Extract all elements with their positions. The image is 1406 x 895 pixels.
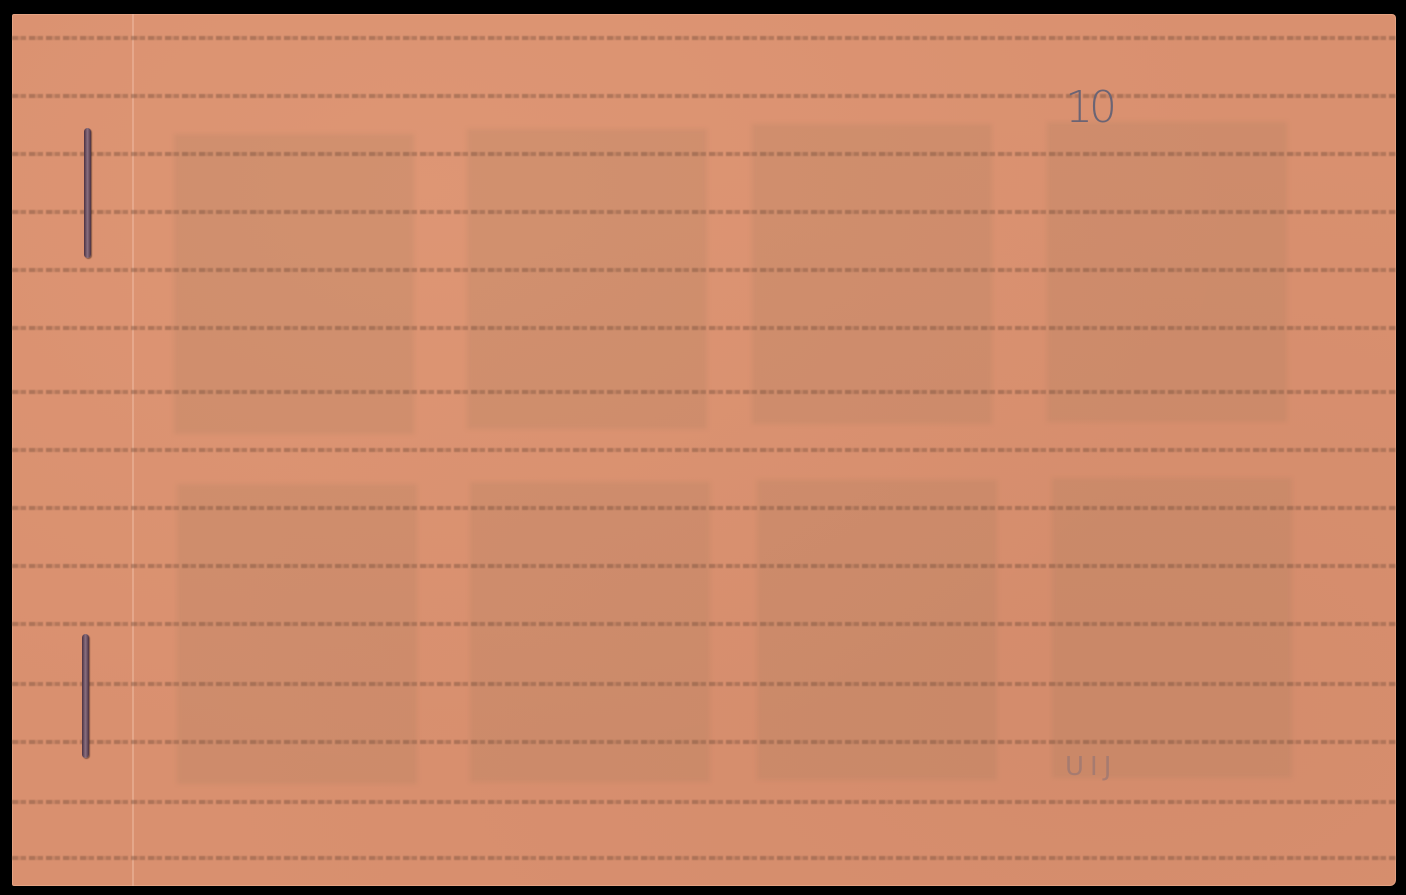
- staple-top: [84, 128, 91, 258]
- show-through-line: [12, 326, 1396, 330]
- stamp-shadow: [1047, 122, 1287, 422]
- pencil-marking: 10: [1065, 82, 1113, 133]
- stamp-shadow: [752, 124, 992, 424]
- stamp-shadow: [757, 480, 997, 780]
- show-through-line: [12, 740, 1396, 744]
- show-through-line: [12, 36, 1396, 40]
- staple-bottom: [82, 634, 89, 758]
- show-through-line: [12, 800, 1396, 804]
- show-through-line: [12, 622, 1396, 626]
- show-through-line: [12, 210, 1396, 214]
- booklet-pane: [12, 14, 1396, 886]
- show-through-line: [12, 390, 1396, 394]
- show-through-line: [12, 682, 1396, 686]
- stamp-shadow: [177, 484, 417, 784]
- stamp-shadow: [467, 129, 707, 429]
- show-through-line: [12, 564, 1396, 568]
- stamp-shadow: [1052, 478, 1292, 778]
- show-through-line: [12, 152, 1396, 156]
- show-through-line: [12, 856, 1396, 860]
- stamp-shadow: [470, 482, 710, 782]
- stamp-shadow: [174, 134, 414, 434]
- show-through-line: [12, 268, 1396, 272]
- faint-marking: UIJ: [1065, 752, 1117, 782]
- show-through-line: [12, 448, 1396, 452]
- show-through-line: [12, 506, 1396, 510]
- show-through-line: [12, 94, 1396, 98]
